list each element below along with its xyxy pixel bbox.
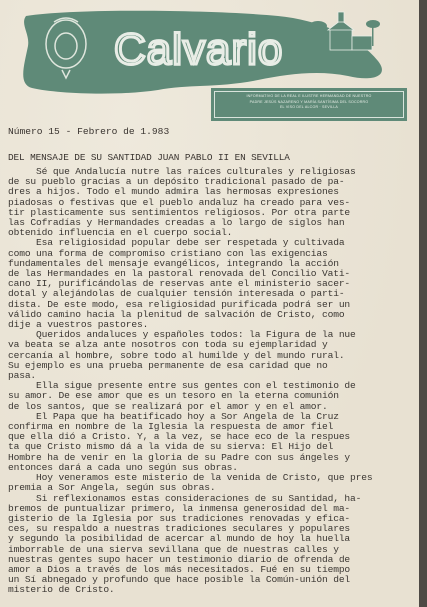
band-line: EL VISO DEL ALCOR · SEVILLA (215, 105, 403, 111)
masthead-title: Calvario (114, 25, 283, 74)
article-line: premia a Sor Angela, según sus obras. (8, 483, 408, 493)
newsletter-page: Calvario INFORMATIVO DE LA REAL E ILUSTR… (0, 0, 419, 607)
issue-line: Número 15 - Febrero de 1.983 (8, 126, 169, 137)
scan-edge (419, 0, 427, 607)
article-line: misterio de Cristo. (8, 585, 408, 595)
chapel-icon (328, 12, 372, 50)
masthead-banner: Calvario (18, 6, 398, 94)
article-heading: DEL MENSAJE DE SU SANTIDAD JUAN PABLO II… (8, 152, 290, 163)
article-body: Sé que Andalucía nutre las raíces cultur… (8, 167, 408, 596)
masthead-subtitle-band: INFORMATIVO DE LA REAL E ILUSTRE HERMAND… (211, 88, 407, 121)
article-line: Su ejemplo es una prueba permanente de e… (8, 361, 408, 371)
article-line: y segundo la posibilidad de acercar al m… (8, 534, 408, 544)
